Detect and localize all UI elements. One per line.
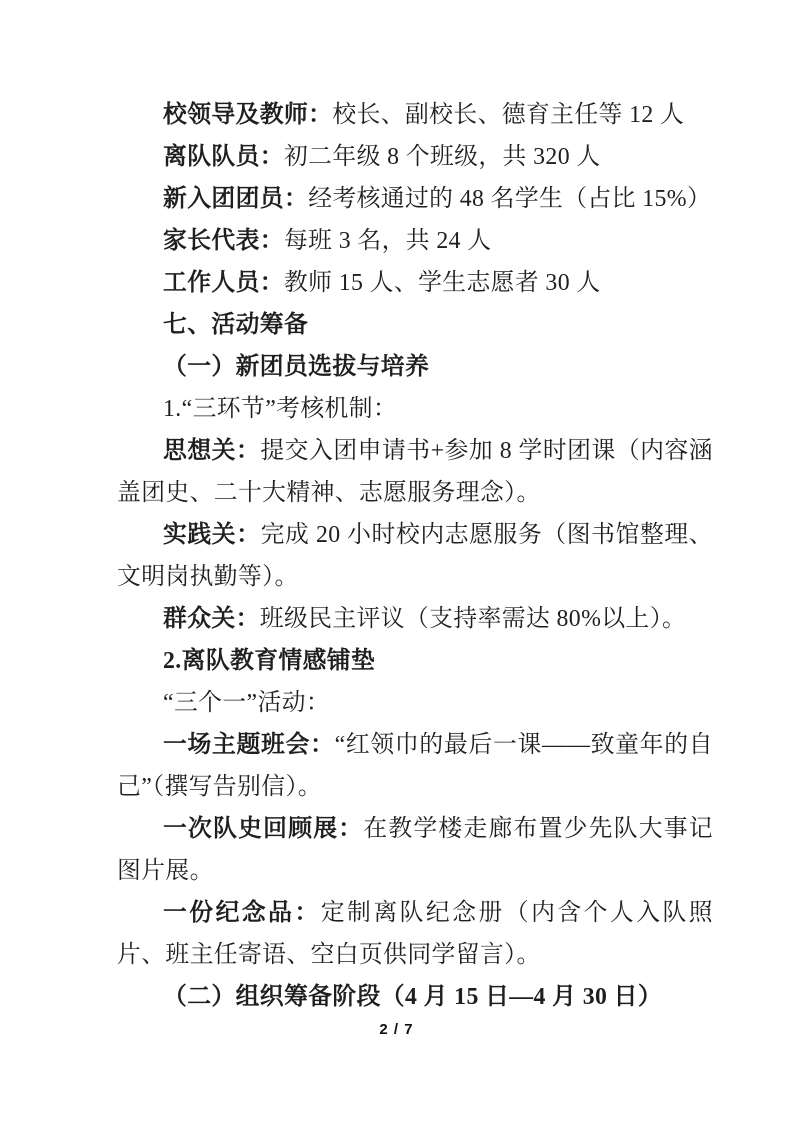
- heading-subsection-two: （二）组织筹备阶段（4 月 15 日—4 月 30 日）: [117, 976, 713, 1018]
- subheading-three-ones-activity-text: “三个一”活动：: [163, 690, 330, 716]
- para-school-leaders: 校领导及教师：校长、副校长、德育主任等 12 人: [117, 94, 713, 136]
- para-history-exhibition: 一次队史回顾展：在教学楼走廊布置少先队大事记图片展。: [117, 808, 713, 892]
- heading-item-two-text: 2.离队教育情感铺垫: [163, 648, 375, 674]
- para-practice-step-label: 实践关：: [163, 522, 261, 548]
- para-school-leaders-text: 校长、副校长、德育主任等 12 人: [332, 102, 684, 128]
- page-number: 2 / 7: [0, 1021, 793, 1038]
- para-parent-representatives-text: 每班 3 名，共 24 人: [284, 228, 491, 254]
- para-history-exhibition-label: 一次队史回顾展：: [163, 816, 363, 842]
- para-new-league-members-text: 经考核通过的 48 名学生（占比 15%）: [308, 186, 711, 212]
- para-departing-members-text: 初二年级 8 个班级，共 320 人: [284, 144, 601, 170]
- para-school-leaders-label: 校领导及教师：: [163, 102, 332, 128]
- para-theme-class-meeting-label: 一场主题班会：: [163, 732, 335, 758]
- para-public-opinion-step-label: 群众关：: [163, 606, 260, 632]
- para-new-league-members-label: 新入团团员：: [163, 186, 308, 212]
- document-body: 校领导及教师：校长、副校长、德育主任等 12 人 离队队员：初二年级 8 个班级…: [117, 94, 713, 1018]
- para-souvenir-label: 一份纪念品：: [163, 900, 321, 926]
- para-thought-step-label: 思想关：: [163, 438, 260, 464]
- para-parent-representatives: 家长代表：每班 3 名，共 24 人: [117, 220, 713, 262]
- para-staff-text: 教师 15 人、学生志愿者 30 人: [284, 270, 601, 296]
- para-new-league-members: 新入团团员：经考核通过的 48 名学生（占比 15%）: [117, 178, 713, 220]
- para-practice-step: 实践关：完成 20 小时校内志愿服务（图书馆整理、文明岗执勤等）。: [117, 514, 713, 598]
- heading-subsection-two-text: （二）组织筹备阶段（4 月 15 日—4 月 30 日）: [163, 984, 662, 1010]
- heading-subsection-one-text: （一）新团员选拔与培养: [163, 354, 429, 380]
- heading-item-two: 2.离队教育情感铺垫: [117, 640, 713, 682]
- heading-section-seven: 七、活动筹备: [117, 304, 713, 346]
- para-souvenir: 一份纪念品：定制离队纪念册（内含个人入队照片、班主任寄语、空白页供同学留言）。: [117, 892, 713, 976]
- para-departing-members: 离队队员：初二年级 8 个班级，共 320 人: [117, 136, 713, 178]
- para-theme-class-meeting: 一场主题班会：“红领巾的最后一课——致童年的自己”（撰写告别信）。: [117, 724, 713, 808]
- para-departing-members-label: 离队队员：: [163, 144, 284, 170]
- subheading-three-ones-activity: “三个一”活动：: [117, 682, 713, 724]
- para-thought-step: 思想关：提交入团申请书+参加 8 学时团课（内容涵盖团史、二十大精神、志愿服务理…: [117, 430, 713, 514]
- para-staff: 工作人员：教师 15 人、学生志愿者 30 人: [117, 262, 713, 304]
- heading-subsection-one: （一）新团员选拔与培养: [117, 346, 713, 388]
- subheading-three-step-assessment: 1.“三环节”考核机制：: [117, 388, 713, 430]
- para-staff-label: 工作人员：: [163, 270, 284, 296]
- para-public-opinion-step: 群众关：班级民主评议（支持率需达 80%以上）。: [117, 598, 713, 640]
- para-public-opinion-step-text: 班级民主评议（支持率需达 80%以上）。: [260, 606, 686, 632]
- document-page: 校领导及教师：校长、副校长、德育主任等 12 人 离队队员：初二年级 8 个班级…: [0, 0, 793, 1122]
- subheading-three-step-assessment-text: 1.“三环节”考核机制：: [163, 396, 397, 422]
- para-parent-representatives-label: 家长代表：: [163, 228, 284, 254]
- heading-section-seven-text: 七、活动筹备: [163, 312, 308, 338]
